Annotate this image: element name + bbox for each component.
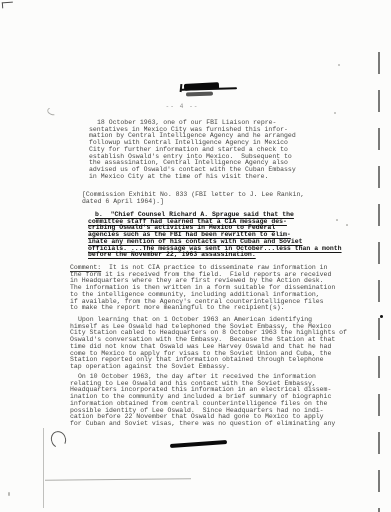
paragraph-cia-comment: Comment: It is not CIA practice to disse…: [70, 265, 335, 312]
paper-speck: [346, 224, 348, 226]
page-number: -- 4 --: [160, 103, 204, 110]
paragraph-sprague-allegation-underlined: b. "Chief Counsel Richard A. Sprague sai…: [88, 212, 342, 259]
paper-speck: [8, 492, 10, 496]
paragraph-upon-learning: Upon learning that on 1 October 1963 an …: [70, 317, 347, 371]
heavy-ink-stroke: [170, 440, 227, 448]
left-edge-line: [43, 428, 44, 508]
stamp-smudge: [186, 91, 213, 96]
scan-edge-dash-line: [378, 52, 380, 512]
paper-speck: [334, 112, 336, 114]
document-page: -- 4 -- 18 October 1963, one of our FBI …: [0, 0, 391, 512]
paragraph-commission-exhibit-citation: [Commission Exhibit No. 833 (FBI letter …: [82, 192, 304, 205]
paper-speck: [338, 64, 340, 66]
fold-line: [45, 478, 191, 481]
paragraph-fbi-liaison-quote: 18 October 1963, one of our FBI Liaison …: [89, 120, 296, 180]
comment-text: It is not CIA practice to disseminate ra…: [70, 264, 335, 311]
corner-tick-mark: [2, 2, 13, 9]
pencil-squiggle-mark: [46, 106, 58, 116]
paragraph-on-10-october: On 10 October 1963, the day after it rec…: [70, 374, 335, 428]
ink-dot: [380, 315, 383, 318]
handwritten-circle-mark: [49, 429, 69, 450]
stamp-strikethrough-line: [181, 87, 237, 91]
